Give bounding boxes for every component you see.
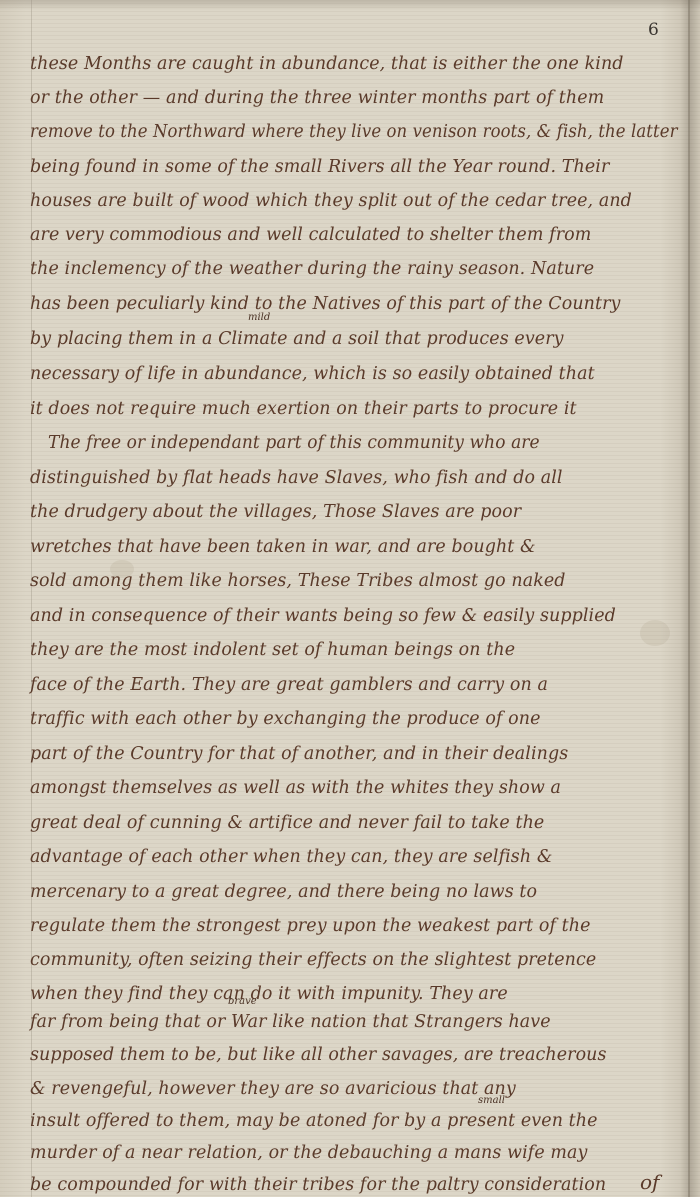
text-line: far from being that or War like nation t… [30,1005,678,1039]
text-line: and in consequence of their wants being … [30,599,678,633]
text-line: be compounded for with their tribes for … [30,1168,678,1197]
page-number: 6 [648,20,659,40]
text-line: being found in some of the small Rivers … [30,150,678,184]
text-line: mercenary to a great degree, and there b… [30,875,678,909]
manuscript-page: 6 these Months are caught in abundance, … [0,0,700,1197]
text-line: the drudgery about the villages, Those S… [30,495,678,529]
text-line: they are the most indolent set of human … [30,633,678,667]
text-line: these Months are caught in abundance, th… [30,47,678,81]
text-line: distinguished by flat heads have Slaves,… [30,461,678,495]
text-line: sold among them like horses, These Tribe… [30,564,678,598]
text-line: wretches that have been taken in war, an… [30,530,678,564]
text-line: great deal of cunning & artifice and nev… [30,806,678,840]
text-line: by placing them in a Climate and a soil … [30,322,678,356]
text-line: advantage of each other when they can, t… [30,840,678,874]
text-line: the inclemency of the weather during the… [30,252,678,286]
text-line: insult offered to them, may be atoned fo… [30,1104,678,1138]
catchword: of [640,1170,659,1194]
text-line: face of the Earth. They are great gamble… [30,668,678,702]
text-line: supposed them to be, but like all other … [30,1038,678,1072]
text-line: part of the Country for that of another,… [30,737,678,771]
text-line: murder of a near relation, or the debauc… [30,1136,678,1170]
text-line: community, often seizing their effects o… [30,943,678,977]
text-line: remove to the Northward where they live … [30,115,643,149]
text-line: has been peculiarly kind to the Natives … [30,287,678,321]
text-line: houses are built of wood which they spli… [30,184,678,218]
text-line: or the other — and during the three wint… [30,81,678,115]
page-edge [688,0,690,1197]
text-line: are very commodious and well calculated … [30,218,678,252]
text-line: it does not require much exertion on the… [30,392,678,426]
text-line: regulate them the strongest prey upon th… [30,909,678,943]
text-line: & revengeful, however they are so avaric… [30,1072,678,1106]
text-line: traffic with each other by exchanging th… [30,702,678,736]
text-line: The free or independant part of this com… [48,426,680,460]
text-line: necessary of life in abundance, which is… [30,357,678,391]
text-line: amongst themselves as well as with the w… [30,771,678,805]
